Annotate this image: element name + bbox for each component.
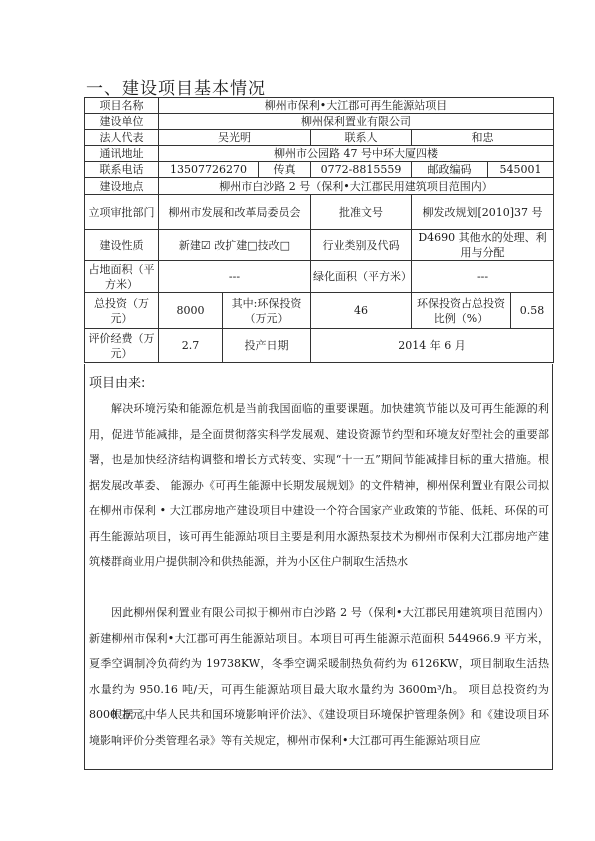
origin-heading: 项目由来:: [89, 372, 145, 391]
cell-value: ---: [412, 261, 554, 293]
row-area: 占地面积（平方米） --- 绿化面积（平方米） ---: [85, 261, 554, 293]
section-title: 一、建设项目基本情况: [86, 74, 266, 99]
cell-label: 绿化面积（平方米）: [311, 261, 412, 293]
row-builder: 建设单位 柳州保利置业有限公司: [85, 114, 554, 130]
cell-value: ---: [159, 261, 311, 293]
cell-value: 545001: [488, 162, 554, 178]
row-location: 建设地点 柳州市白沙路 2 号（保利•大江郡民用建筑项目范围内）: [85, 178, 554, 195]
cell-label: 批准文号: [311, 195, 412, 230]
cell-label: 其中:环保投资（万元）: [223, 293, 311, 329]
cell-value: 吴光明: [159, 130, 311, 146]
cell-label: 立项审批部门: [85, 195, 159, 230]
row-approval: 立项审批部门 柳州市发展和改革局委员会 批准文号 柳发改规划[2010]37 号: [85, 195, 554, 230]
cell-label: 建设性质: [85, 230, 159, 261]
origin-paragraph: 解决环境污染和能源危机是当前我国面临的重要课题。加快建筑节能以及可再生能源的利用…: [89, 396, 549, 575]
cell-value: D4690 其他水的处理、利用与分配: [412, 230, 554, 261]
cell-label: 法人代表: [85, 130, 159, 146]
cell-label: 邮政编码: [412, 162, 488, 178]
row-address: 通讯地址 柳州市公园路 47 号中环大厦四楼: [85, 146, 554, 162]
cell-label: 总投资（万元）: [85, 293, 159, 329]
cell-value: 8000: [159, 293, 223, 329]
row-project-name: 项目名称 柳州市保利•大江郡可再生能源站项目: [85, 98, 554, 114]
cell-label: 通讯地址: [85, 146, 159, 162]
cell-value: 0772-8815559: [311, 162, 412, 178]
cell-label: 投产日期: [223, 329, 311, 363]
cell-value: 2014 年 6 月: [311, 329, 554, 363]
cell-label: 行业类别及代码: [311, 230, 412, 261]
cell-label: 评价经费（万元）: [85, 329, 159, 363]
cell-value: 和忠: [412, 130, 554, 146]
cell-value: 0.58: [511, 293, 554, 329]
cell-label: 建设单位: [85, 114, 159, 130]
cell-label: 传真: [259, 162, 311, 178]
cell-value: 新建☑ 改扩建□技改□: [159, 230, 311, 261]
project-origin-section: 项目由来: 解决环境污染和能源危机是当前我国面临的重要课题。加快建筑节能以及可再…: [84, 364, 553, 770]
cell-label: 占地面积（平方米）: [85, 261, 159, 293]
cell-label: 项目名称: [85, 98, 159, 114]
cell-label: 环保投资占总投资比例（%）: [412, 293, 511, 329]
cell-value: 柳州市白沙路 2 号（保利•大江郡民用建筑项目范围内）: [159, 178, 554, 195]
cell-label: 联系电话: [85, 162, 159, 178]
project-info-table: 项目名称 柳州市保利•大江郡可再生能源站项目 建设单位 柳州保利置业有限公司 法…: [84, 97, 554, 363]
row-investment: 总投资（万元） 8000 其中:环保投资（万元） 46 环保投资占总投资比例（%…: [85, 293, 554, 329]
cell-label: 建设地点: [85, 178, 159, 195]
cell-value: 2.7: [159, 329, 223, 363]
cell-value: 柳州市公园路 47 号中环大厦四楼: [159, 146, 554, 162]
cell-label: 联系人: [311, 130, 412, 146]
origin-paragraph: 根据《中华人民共和国环境影响评价法》、《建设项目环境保护管理条例》和《建设项目环…: [89, 702, 549, 753]
row-legal-rep: 法人代表 吴光明 联系人 和忠: [85, 130, 554, 146]
row-phone: 联系电话 13507726270 传真 0772-8815559 邮政编码 54…: [85, 162, 554, 178]
row-eval-fee: 评价经费（万元） 2.7 投产日期 2014 年 6 月: [85, 329, 554, 363]
cell-value: 13507726270: [159, 162, 259, 178]
row-nature: 建设性质 新建☑ 改扩建□技改□ 行业类别及代码 D4690 其他水的处理、利用…: [85, 230, 554, 261]
cell-value: 柳州市发展和改革局委员会: [159, 195, 311, 230]
cell-value: 柳州市保利•大江郡可再生能源站项目: [159, 98, 554, 114]
cell-value: 柳发改规划[2010]37 号: [412, 195, 554, 230]
cell-value: 柳州保利置业有限公司: [159, 114, 554, 130]
cell-value: 46: [311, 293, 412, 329]
